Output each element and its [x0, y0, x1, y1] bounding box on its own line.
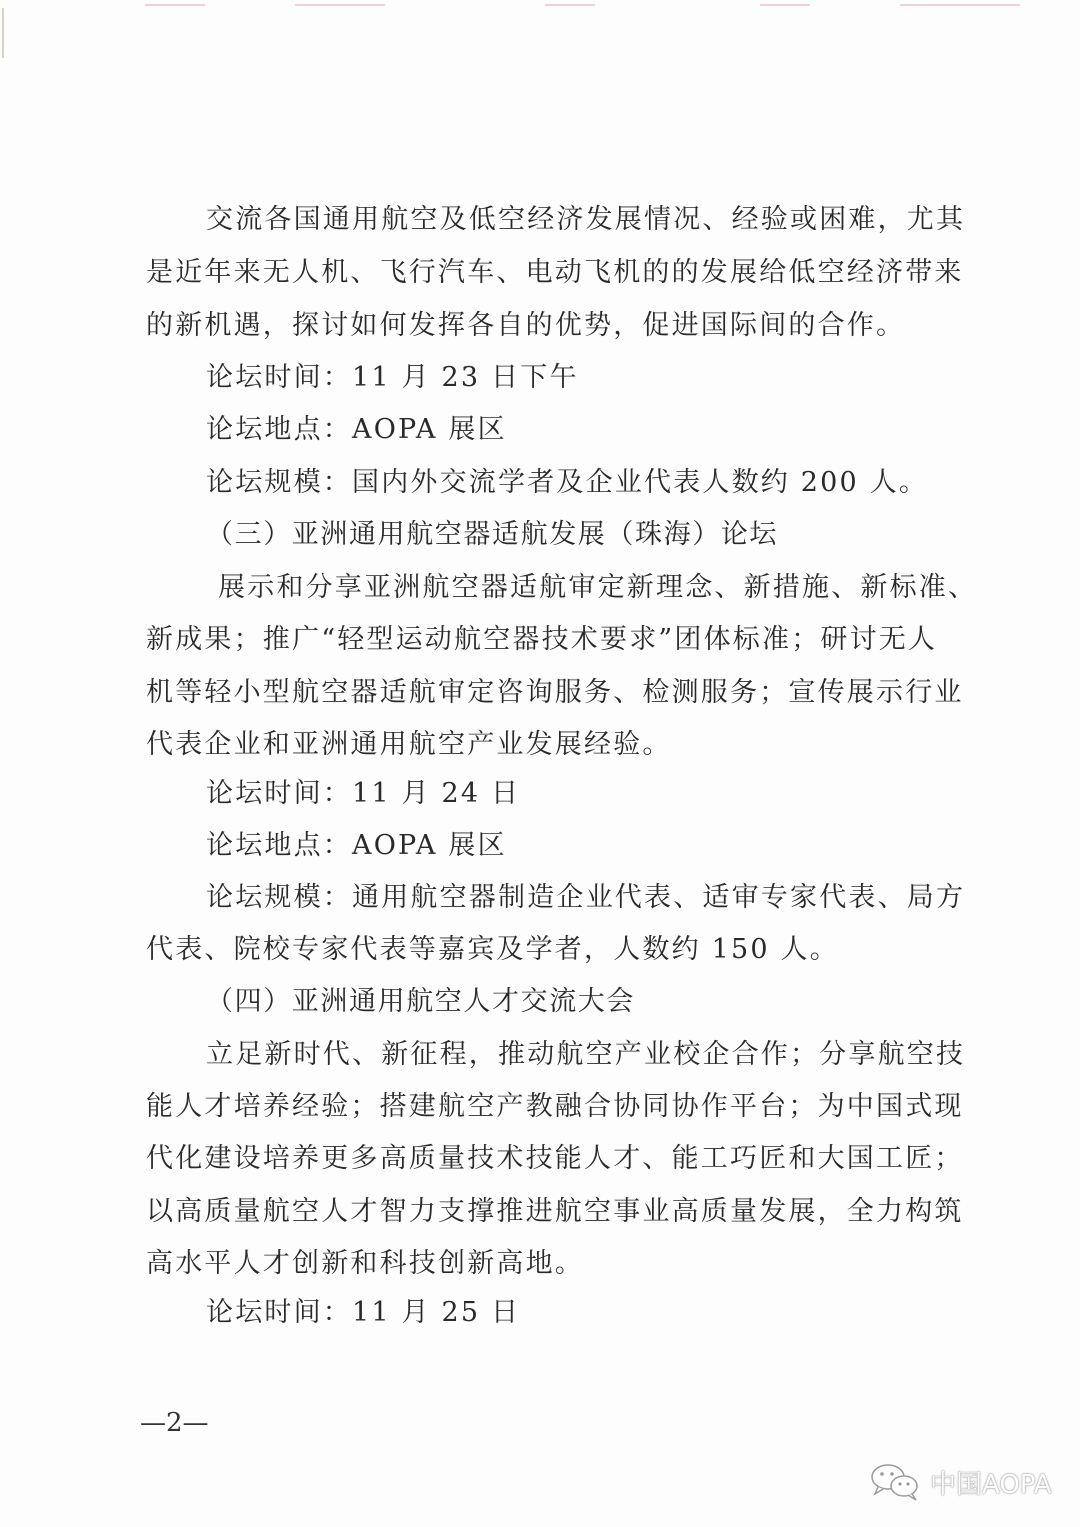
watermark-text: 中国AOPA: [930, 1464, 1052, 1501]
forum-location: 论坛地点：AOPA 展区: [206, 829, 507, 863]
forum-time: 论坛时间：11 月 23 日下午: [206, 361, 579, 395]
paragraph-line: 代化建设培养更多高质量技术技能人才、能工巧匠和大国工匠；: [146, 1142, 964, 1176]
paragraph-line: 是近年来无人机、飞行汽车、电动飞机的的发展给低空经济带来: [146, 256, 964, 290]
watermark: 中国AOPA: [870, 1462, 1052, 1502]
paragraph-line: 能人才培养经验；搭建航空产教融合协同协作平台；为中国式现: [146, 1090, 964, 1124]
forum-time: 论坛时间：11 月 25 日: [206, 1296, 520, 1330]
page-number: —2—: [140, 1408, 209, 1438]
forum-time: 论坛时间：11 月 24 日: [206, 777, 520, 811]
paragraph-line: 展示和分享亚洲航空器适航审定新理念、新措施、新标准、: [218, 571, 977, 605]
forum-scale: 论坛规模：国内外交流学者及企业代表人数约 200 人。: [206, 466, 928, 500]
paragraph-line: 交流各国通用航空及低空经济发展情况、经验或困难，尤其: [206, 203, 965, 237]
paragraph-line: 的新机遇，探讨如何发挥各自的优势，促进国际间的合作。: [146, 309, 905, 343]
paragraph-line: 新成果；推广“轻型运动航空器技术要求”团体标准；研讨无人: [146, 623, 937, 657]
wechat-icon: [870, 1462, 922, 1502]
section-heading-3: （三）亚洲通用航空器适航发展（珠海）论坛: [206, 518, 778, 552]
paragraph-line: 代表企业和亚洲通用航空产业发展经验。: [146, 728, 672, 762]
section-heading-4: （四）亚洲通用航空人才交流大会: [206, 985, 635, 1019]
paragraph-line: 代表、院校专家代表等嘉宾及学者，人数约 150 人。: [146, 933, 839, 967]
paragraph-line: 高水平人才创新和科技创新高地。: [146, 1247, 584, 1281]
forum-scale: 论坛规模：通用航空器制造企业代表、适审专家代表、局方: [206, 881, 965, 915]
paragraph-line: 以高质量航空人才智力支撑推进航空事业高质量发展，全力构筑: [146, 1195, 964, 1229]
forum-location: 论坛地点：AOPA 展区: [206, 413, 507, 447]
scan-edge: [2, 8, 4, 58]
paragraph-line: 机等轻小型航空器适航审定咨询服务、检测服务；宣传展示行业: [146, 676, 964, 710]
scan-top-marks: [0, 0, 1080, 10]
paragraph-line: 立足新时代、新征程，推动航空产业校企合作；分享航空技: [206, 1038, 965, 1072]
